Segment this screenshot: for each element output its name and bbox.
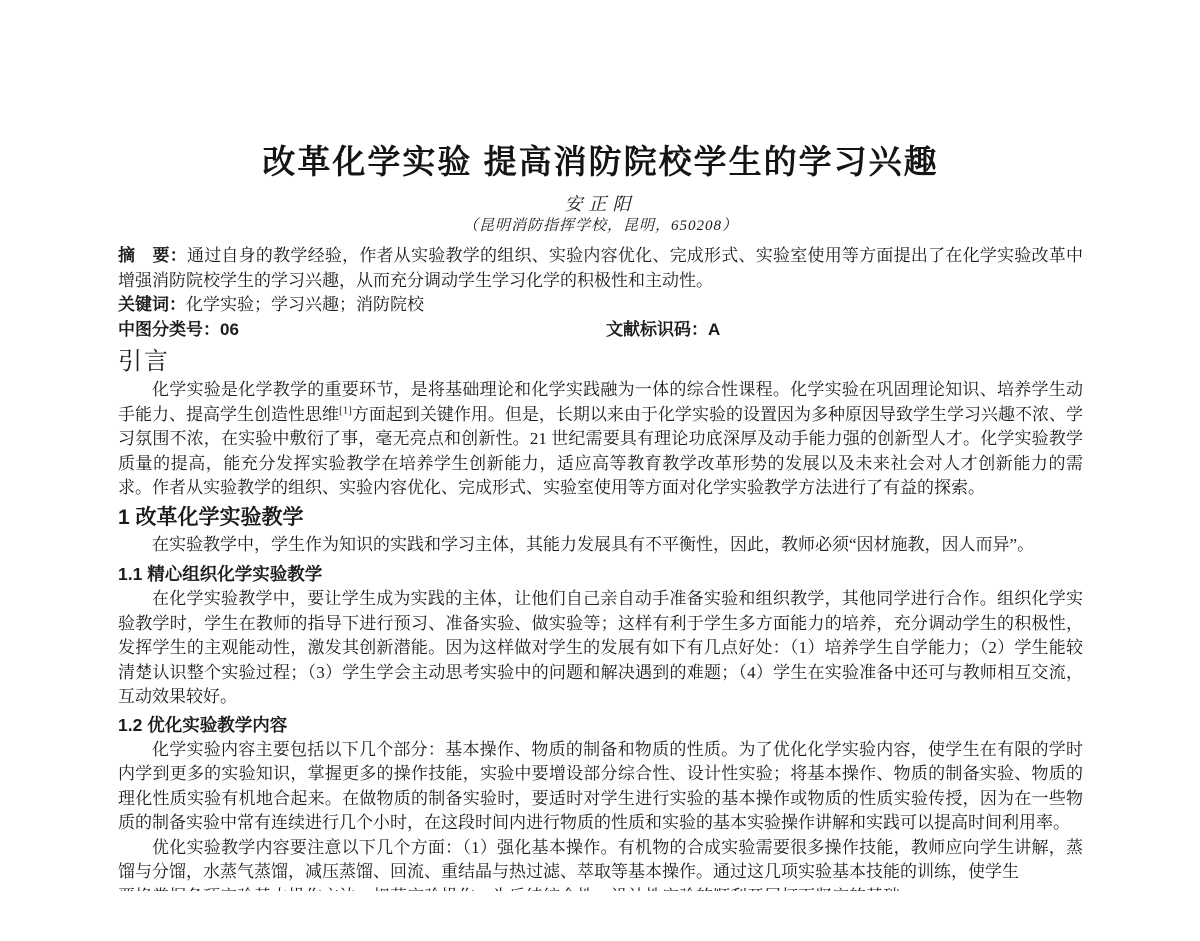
paper-page: 改革化学实验 提高消防院校学生的学习兴趣 安正阳 （昆明消防指挥学校，昆明，65… bbox=[118, 0, 1083, 891]
section-1-1-paragraph: 在化学实验教学中，要让学生成为实践的主体，让他们自己亲自动手准备实验和组织教学，… bbox=[118, 587, 1083, 710]
author-name: 安正阳 bbox=[118, 192, 1083, 216]
clc-number: 中图分类号：06 bbox=[118, 318, 606, 343]
section-1-2-heading: 1.2 优化实验教学内容 bbox=[118, 712, 1083, 738]
abstract-paragraph: 摘 要：通过自身的教学经验，作者从实验教学的组织、实验内容优化、完成形式、实验室… bbox=[118, 244, 1083, 293]
section-1-heading: 1 改革化学实验教学 bbox=[118, 503, 1083, 533]
keywords-line: 关键词：化学实验；学习兴趣；消防院校 bbox=[118, 293, 1083, 318]
keywords-text: 化学实验；学习兴趣；消防院校 bbox=[186, 295, 424, 314]
classification-row: 中图分类号：06 文献标识码：A bbox=[118, 318, 1083, 343]
introduction-paragraph: 化学实验是化学教学的重要环节，是将基础理论和化学实践融为一体的综合性课程。化学实… bbox=[118, 378, 1083, 501]
section-1-1-heading: 1.1 精心组织化学实验教学 bbox=[118, 561, 1083, 587]
keywords-label: 关键词： bbox=[118, 295, 186, 314]
author-affiliation: （昆明消防指挥学校，昆明，650208） bbox=[118, 216, 1083, 236]
section-1-2-paragraph-2-continuation: 严格掌握各项实验基本操作方法，规范实验操作，为后续综合性、设计性实验的顺利开展打… bbox=[118, 885, 1083, 891]
section-1-paragraph: 在实验教学中，学生作为知识的实践和学习主体，其能力发展具有不平衡性，因此，教师必… bbox=[118, 533, 1083, 558]
abstract-text: 通过自身的教学经验，作者从实验教学的组织、实验内容优化、完成形式、实验室使用等方… bbox=[118, 246, 1083, 290]
abstract-label: 摘 要： bbox=[118, 246, 187, 265]
clipped-bottom-line: 严格掌握各项实验基本操作方法，规范实验操作，为后续综合性、设计性实验的顺利开展打… bbox=[118, 885, 1083, 891]
section-1-2-paragraph-2: 优化实验教学内容要注意以下几个方面：（1）强化基本操作。有机物的合成实验需要很多… bbox=[118, 836, 1083, 885]
introduction-heading: 引言 bbox=[118, 346, 1083, 378]
citation-ref-1: [1] bbox=[339, 404, 352, 416]
section-1-2-paragraph-1: 化学实验内容主要包括以下几个部分：基本操作、物质的制备和物质的性质。为了优化化学… bbox=[118, 738, 1083, 836]
paper-title: 改革化学实验 提高消防院校学生的学习兴趣 bbox=[118, 140, 1083, 184]
document-code: 文献标识码：A bbox=[606, 318, 720, 343]
